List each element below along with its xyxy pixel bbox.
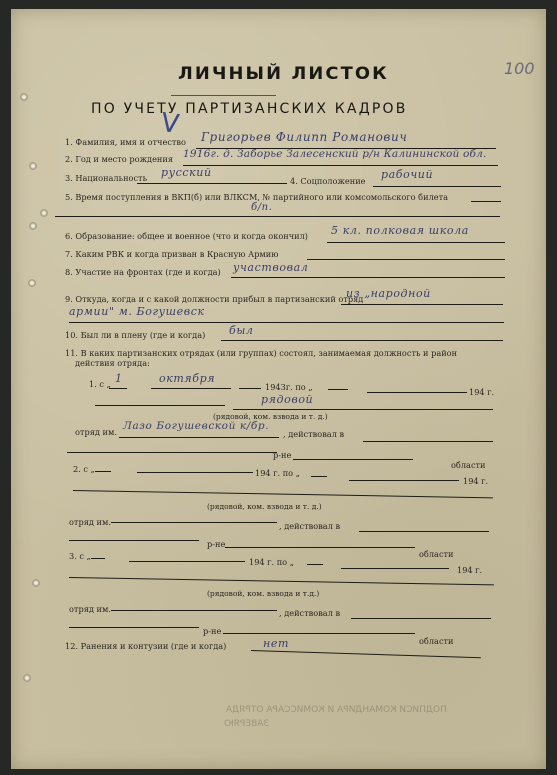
underline — [223, 633, 415, 634]
field-label-education: 6. Образование: общее и военное (что и к… — [65, 231, 308, 241]
det2-from: 2. с „ — [73, 464, 95, 474]
det2-position-hint: (рядовой, ком. взвода и т. д.) — [207, 502, 322, 511]
underline — [327, 242, 505, 243]
underline — [231, 277, 505, 278]
field-label-wounds: 12. Ранения и контузии (где и когда) — [65, 641, 226, 651]
underline — [307, 564, 323, 565]
underline — [69, 577, 494, 586]
field-label-detachments: 11. В каких партизанских отрядах (или гр… — [65, 348, 457, 358]
underline — [293, 459, 413, 460]
det1-otryad-label: отряд им. — [75, 427, 117, 437]
det1-position: рядовой — [261, 393, 313, 406]
underline — [363, 441, 493, 442]
underline — [69, 322, 504, 323]
det2-year-end: 194 г. — [463, 476, 488, 486]
det2-otryad-label: отряд им. — [69, 517, 111, 527]
det3-acted-label: , действовал в — [279, 608, 340, 618]
det1-day: 1 — [115, 372, 123, 385]
det3-oblast-label: области — [419, 636, 454, 646]
punch-hole — [20, 93, 28, 101]
det1-month: октября — [159, 372, 215, 385]
field-value-birth: 1916г. д. Заборье Залесенский р/н Калини… — [183, 148, 487, 160]
underline — [341, 304, 503, 305]
page-subtitle: ПО УЧЕТУ ПАРТИЗАНСКИХ КАДРОВ — [91, 101, 408, 117]
det1-year-start: 1943г. по „ — [265, 382, 313, 392]
underline — [233, 409, 493, 410]
underline — [67, 452, 277, 453]
underline — [151, 388, 231, 389]
check-mark-icon: V — [159, 108, 181, 140]
field-value-origin-1: из „народной — [346, 287, 431, 300]
underline — [251, 650, 481, 659]
underline — [137, 183, 287, 184]
field-value-wounds: нет — [263, 637, 289, 650]
underline — [183, 165, 498, 166]
field-value-social: рабочий — [381, 168, 433, 181]
punch-hole — [40, 209, 48, 217]
field-value-education: 5 кл. полковая школа — [331, 224, 469, 237]
field-label-nationality: 3. Национальность — [65, 173, 147, 183]
underline — [119, 437, 279, 438]
underline — [239, 388, 261, 389]
det2-year-start: 194 г. по „ — [255, 468, 300, 478]
document-page: 100 ЛИЧНЫЙ ЛИСТОК ПО УЧЕТУ ПАРТИЗАНСКИХ … — [11, 9, 546, 769]
page-title: ЛИЧНЫЙ ЛИСТОК — [178, 64, 389, 84]
det1-otryad-value: Лазо Богушевской к/бр. — [123, 420, 269, 432]
archive-number: 100 — [504, 59, 535, 78]
underline — [471, 201, 501, 202]
underline — [328, 389, 348, 390]
punch-hole — [29, 222, 37, 230]
underline — [225, 547, 415, 548]
underline — [73, 490, 493, 499]
field-value-captivity: был — [229, 324, 253, 337]
underline — [111, 522, 277, 523]
field-label-fronts: 8. Участие на фронтах (где и когда) — [65, 267, 221, 277]
field-value-name: Григорьев Филипп Романович — [201, 130, 407, 144]
underline — [341, 568, 449, 569]
underline — [109, 388, 127, 389]
field-value-party: б/п. — [251, 202, 273, 213]
bleedthrough-text-2: ЗАВЕРЯЮ — [224, 719, 269, 729]
det1-acted-label: , действовал в — [283, 429, 344, 439]
det1-rayon-label: р-не — [273, 450, 291, 460]
underline — [307, 259, 505, 260]
det3-otryad-label: отряд им. — [69, 604, 111, 614]
field-label-detachments-2: действия отряда: — [75, 358, 150, 368]
field-label-birth: 2. Год и место рождения — [65, 154, 173, 164]
det2-acted-label: , действовал в — [279, 521, 340, 531]
punch-hole — [23, 674, 31, 682]
field-label-captivity: 10. Был ли в плену (где и когда) — [65, 330, 205, 340]
punch-hole — [32, 579, 40, 587]
det1-oblast-label: области — [451, 460, 486, 470]
punch-hole — [29, 162, 37, 170]
field-label-social: 4. Соцположение — [290, 176, 366, 186]
bleedthrough-text-1: ПОДПИСИ КОМАНДИРА И КОМИССАРА ОТРЯДА — [226, 705, 447, 715]
det1-from: 1. с „ — [89, 379, 111, 389]
underline — [351, 618, 491, 619]
underline — [69, 627, 199, 628]
field-label-conscription: 7. Каким РВК и когда призван в Красную А… — [65, 249, 278, 259]
field-value-nationality: русский — [161, 166, 212, 179]
divider — [171, 95, 276, 96]
det3-rayon-label: р-не — [203, 626, 221, 636]
det3-from: 3. с „ — [69, 551, 91, 561]
underline — [349, 480, 459, 481]
underline — [359, 531, 489, 532]
underline — [111, 610, 277, 611]
underline — [95, 405, 225, 406]
underline — [311, 476, 327, 477]
det3-year-start: 194 г. по „ — [249, 557, 294, 567]
underline — [221, 340, 503, 341]
field-value-origin-2: армии" м. Богушевск — [69, 305, 205, 318]
underline — [129, 561, 245, 562]
det3-year-end: 194 г. — [457, 565, 482, 575]
underline — [91, 558, 105, 559]
det3-position-hint: (рядовой, ком. взвода и т.д.) — [207, 589, 319, 598]
det2-rayon-label: р-не — [207, 539, 225, 549]
field-label-origin: 9. Откуда, когда и с какой должности при… — [65, 294, 363, 304]
det2-oblast-label: области — [419, 549, 454, 559]
punch-hole — [28, 279, 36, 287]
field-label-party: 5. Время поступления в ВКП(б) или ВЛКСМ,… — [65, 192, 448, 202]
underline — [373, 186, 501, 187]
det1-year-end: 194 г. — [469, 387, 494, 397]
underline — [367, 392, 467, 393]
underline — [137, 472, 253, 473]
underline — [69, 540, 199, 541]
underline — [55, 216, 500, 217]
field-value-fronts: участвовал — [233, 261, 308, 274]
field-label-name: 1. Фамилия, имя и отчество — [65, 137, 186, 147]
underline — [95, 471, 111, 472]
